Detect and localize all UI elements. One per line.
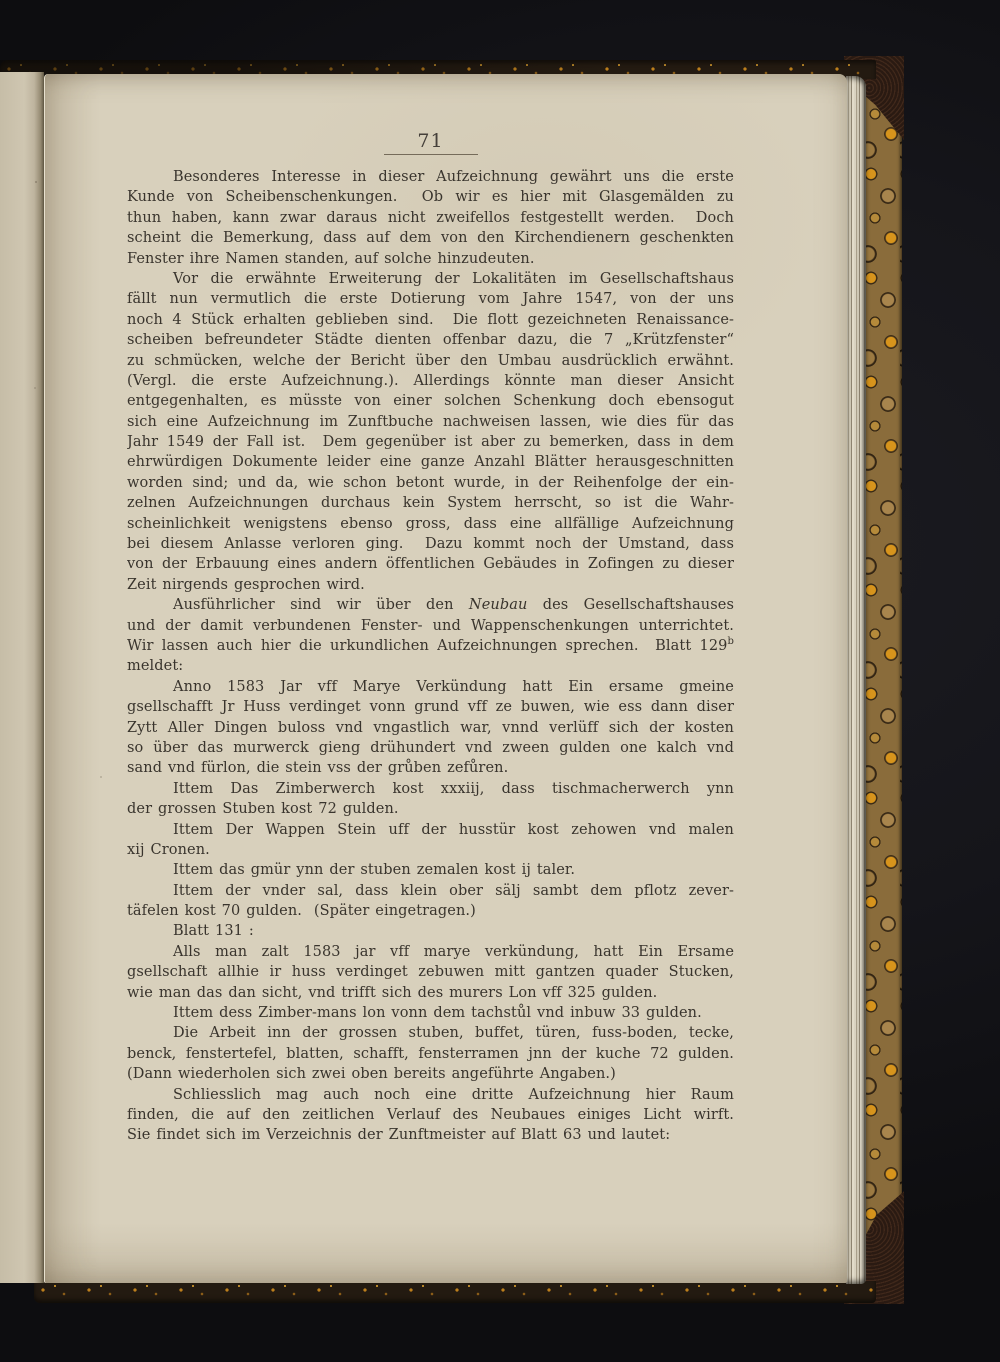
text-segment: gsellschaft allhie ir huss verdinget zeb… [127,964,734,980]
paragraph: Besonderes Interesse in dieser Aufzeichn… [127,167,734,269]
text-line: (Dann wiederholen sich zwei oben bereits… [127,1064,734,1084]
text-segment: ehrwürdigen Dokumente leider eine ganze … [127,454,734,470]
text-line: und der damit verbundenen Fenster- und W… [127,616,734,636]
text-segment: sand vnd fürlon, die stein vss der grůbe… [127,760,508,776]
text-line: Vor die erwähnte Erweiterung der Lokalit… [127,269,734,289]
text-line: Zeit nirgends gesprochen wird. [127,575,734,595]
text-segment: Jahr 1549 der Fall ist. Dem gegenüber is… [127,434,734,450]
text-segment: gsellschafft Jr Huss verdinget vonn grun… [127,699,734,715]
text-segment: finden, die auf den zeitlichen Verlauf d… [127,1107,734,1123]
text-line: zu schmücken, welche der Bericht über de… [127,351,734,371]
text-block: Besonderes Interesse in dieser Aufzeichn… [127,167,734,1146]
text-segment: Ittem Das Zimberwerch kost xxxiij, dass … [173,781,734,797]
text-segment: Kunde von Scheibenschenkungen. Ob wir es… [127,189,734,205]
text-segment: meldet: [127,658,183,674]
text-line: (Vergl. die erste Aufzeichnung.). Allerd… [127,371,734,391]
text-line: so über das murwerck gieng drühundert vn… [127,738,734,758]
paragraph: Alls man zalt 1583 jar vff marye verkünd… [127,942,734,1003]
text-segment: benck, fenstertefel, blatten, schafft, f… [127,1046,734,1062]
text-line: Ittem der vnder sal, dass klein ober säl… [127,881,734,901]
text-segment: Zeit nirgends gesprochen wird. [127,577,365,593]
paragraph: Anno 1583 Jar vff Marye Verkündung hatt … [127,677,734,779]
page-number: 71 [127,130,734,152]
text-segment: des Gesellschaftshauses [527,597,734,613]
scan-background: 71 Besonderes Interesse in dieser Aufzei… [0,0,1000,1362]
paragraph: Die Arbeit inn der grossen stuben, buffe… [127,1023,734,1084]
text-segment: bei diesem Anlasse verloren ging. Dazu k… [127,536,734,552]
text-segment: thun haben, kann zwar daraus nicht zweif… [127,210,734,226]
text-line: Schliesslich mag auch noch eine dritte A… [127,1085,734,1105]
paragraph: Ittem Das Zimberwerch kost xxxiij, dass … [127,779,734,820]
text-segment: scheinlichkeit wenigstens ebenso gross, … [127,516,734,532]
paragraph: Ittem dess Zimber-mans lon vonn dem tach… [127,1003,734,1023]
text-line: fällt nun vermutlich die erste Dotierung… [127,289,734,309]
text-line: Ittem dess Zimber-mans lon vonn dem tach… [127,1003,734,1023]
text-line: bei diesem Anlasse verloren ging. Dazu k… [127,534,734,554]
text-segment: von der Erbauung eines andern öffentlich… [127,556,734,572]
book: 71 Besonderes Interesse in dieser Aufzei… [0,0,1000,1362]
text-line: Kunde von Scheibenschenkungen. Ob wir es… [127,187,734,207]
text-line: Alls man zalt 1583 jar vff marye verkünd… [127,942,734,962]
text-line: gsellschafft Jr Huss verdinget vonn grun… [127,697,734,717]
text-line: xij Cronen. [127,840,734,860]
text-line: Wir lassen auch hier die urkundlichen Au… [127,636,734,656]
text-line: Ittem das gmür ynn der stuben zemalen ko… [127,860,734,880]
text-segment: und der damit verbundenen Fenster- und W… [127,618,734,634]
page-bottom-edge [34,1281,876,1303]
text-line: Ausführlicher sind wir über den Neubau d… [127,595,734,615]
text-line: Ittem Der Wappen Stein uff der husstür k… [127,820,734,840]
text-line: meldet: [127,656,734,676]
text-line: Besonderes Interesse in dieser Aufzeichn… [127,167,734,187]
paragraph: Ausführlicher sind wir über den Neubau d… [127,595,734,677]
text-line: sich eine Aufzeichnung im Zunftbuche nac… [127,412,734,432]
text-line: benck, fenstertefel, blatten, schafft, f… [127,1044,734,1064]
text-segment: Sie findet sich im Verzeichnis der Zunft… [127,1127,670,1143]
text-segment: (Dann wiederholen sich zwei oben bereits… [127,1066,616,1082]
text-line: Blatt 131 : [127,921,734,941]
text-segment: scheint die Bemerkung, dass auf dem von … [127,230,734,246]
text-line: scheint die Bemerkung, dass auf dem von … [127,228,734,248]
paragraph: Ittem der vnder sal, dass klein ober säl… [127,881,734,922]
text-line: gsellschaft allhie ir huss verdinget zeb… [127,962,734,982]
text-line: sand vnd fürlon, die stein vss der grůbe… [127,758,734,778]
text-line: täfelen kost 70 gulden. (Später eingetra… [127,901,734,921]
paragraph: Blatt 131 : [127,921,734,941]
text-line: scheiben befreundeter Städte dienten off… [127,330,734,350]
text-line: worden sind; und da, wie schon betont wu… [127,473,734,493]
text-segment: Schliesslich mag auch noch eine dritte A… [173,1087,734,1103]
text-line: Anno 1583 Jar vff Marye Verkündung hatt … [127,677,734,697]
text-segment: Besonderes Interesse in dieser Aufzeichn… [173,169,734,185]
gutter-page-sliver [0,72,44,1283]
text-line: Sie findet sich im Verzeichnis der Zunft… [127,1125,734,1145]
paragraph: Vor die erwähnte Erweiterung der Lokalit… [127,269,734,595]
book-cover-marbled-edge [864,58,902,1304]
text-segment: scheiben befreundeter Städte dienten off… [127,332,734,348]
text-line: Ittem Das Zimberwerch kost xxxiij, dass … [127,779,734,799]
text-segment: Fenster ihre Namen standen, auf solche h… [127,251,535,267]
text-segment: Anno 1583 Jar vff Marye Verkündung hatt … [173,679,734,695]
page-content: 71 Besonderes Interesse in dieser Aufzei… [127,130,734,1146]
text-segment: Alls man zalt 1583 jar vff marye verkünd… [173,944,734,960]
text-line: Zytt Aller Dingen buloss vnd vngastlich … [127,718,734,738]
text-segment: der grossen Stuben kost 72 gulden. [127,801,399,817]
text-segment: worden sind; und da, wie schon betont wu… [127,475,734,491]
text-line: Fenster ihre Namen standen, auf solche h… [127,249,734,269]
text-segment: Ittem Der Wappen Stein uff der husstür k… [173,822,734,838]
text-segment: zu schmücken, welche der Bericht über de… [127,353,734,369]
text-line: finden, die auf den zeitlichen Verlauf d… [127,1105,734,1125]
text-line: Die Arbeit inn der grossen stuben, buffe… [127,1023,734,1043]
page-stack-edge [846,76,866,1284]
text-segment: täfelen kost 70 gulden. (Später eingetra… [127,903,476,919]
text-segment: Ittem der vnder sal, dass klein ober säl… [173,883,734,899]
paragraph: Schliesslich mag auch noch eine dritte A… [127,1085,734,1146]
text-segment: Ittem das gmür ynn der stuben zemalen ko… [173,862,575,878]
text-segment: so über das murwerck gieng drühundert vn… [127,740,734,756]
text-segment: fällt nun vermutlich die erste Dotierung… [127,291,734,307]
text-segment: wie man das dan sicht, vnd trifft sich d… [127,985,657,1001]
text-segment: Vor die erwähnte Erweiterung der Lokalit… [173,271,734,287]
book-page: 71 Besonderes Interesse in dieser Aufzei… [44,74,847,1283]
text-line: von der Erbauung eines andern öffentlich… [127,554,734,574]
text-segment: entgegenhalten, es müsste von einer solc… [127,393,734,409]
text-segment: Ausführlicher sind wir über den [173,597,469,613]
text-segment: Zytt Aller Dingen buloss vnd vngastlich … [127,720,734,736]
text-line: entgegenhalten, es müsste von einer solc… [127,391,734,411]
paragraph: Ittem das gmür ynn der stuben zemalen ko… [127,860,734,880]
text-line: scheinlichkeit wenigstens ebenso gross, … [127,514,734,534]
text-segment: zelnen Aufzeichnungen durchaus kein Syst… [127,495,734,511]
text-line: noch 4 Stück erhalten geblieben sind. Di… [127,310,734,330]
text-line: ehrwürdigen Dokumente leider eine ganze … [127,452,734,472]
page-number-rule [384,154,478,155]
text-segment: Ittem dess Zimber-mans lon vonn dem tach… [173,1005,702,1021]
text-segment: Wir lassen auch hier die urkundlichen Au… [127,638,727,654]
italic-text: Neubau [469,597,527,613]
text-segment: Die Arbeit inn der grossen stuben, buffe… [173,1025,734,1041]
text-segment: b [727,636,734,647]
text-line: thun haben, kann zwar daraus nicht zweif… [127,208,734,228]
text-segment: sich eine Aufzeichnung im Zunftbuche nac… [127,414,734,430]
text-line: der grossen Stuben kost 72 gulden. [127,799,734,819]
paragraph: Ittem Der Wappen Stein uff der husstür k… [127,820,734,861]
text-segment: noch 4 Stück erhalten geblieben sind. Di… [127,312,734,328]
text-segment: xij Cronen. [127,842,210,858]
text-line: zelnen Aufzeichnungen durchaus kein Syst… [127,493,734,513]
text-segment: Blatt 131 : [173,923,254,939]
text-line: Jahr 1549 der Fall ist. Dem gegenüber is… [127,432,734,452]
text-segment: (Vergl. die erste Aufzeichnung.). Allerd… [127,373,734,389]
text-line: wie man das dan sicht, vnd trifft sich d… [127,983,734,1003]
